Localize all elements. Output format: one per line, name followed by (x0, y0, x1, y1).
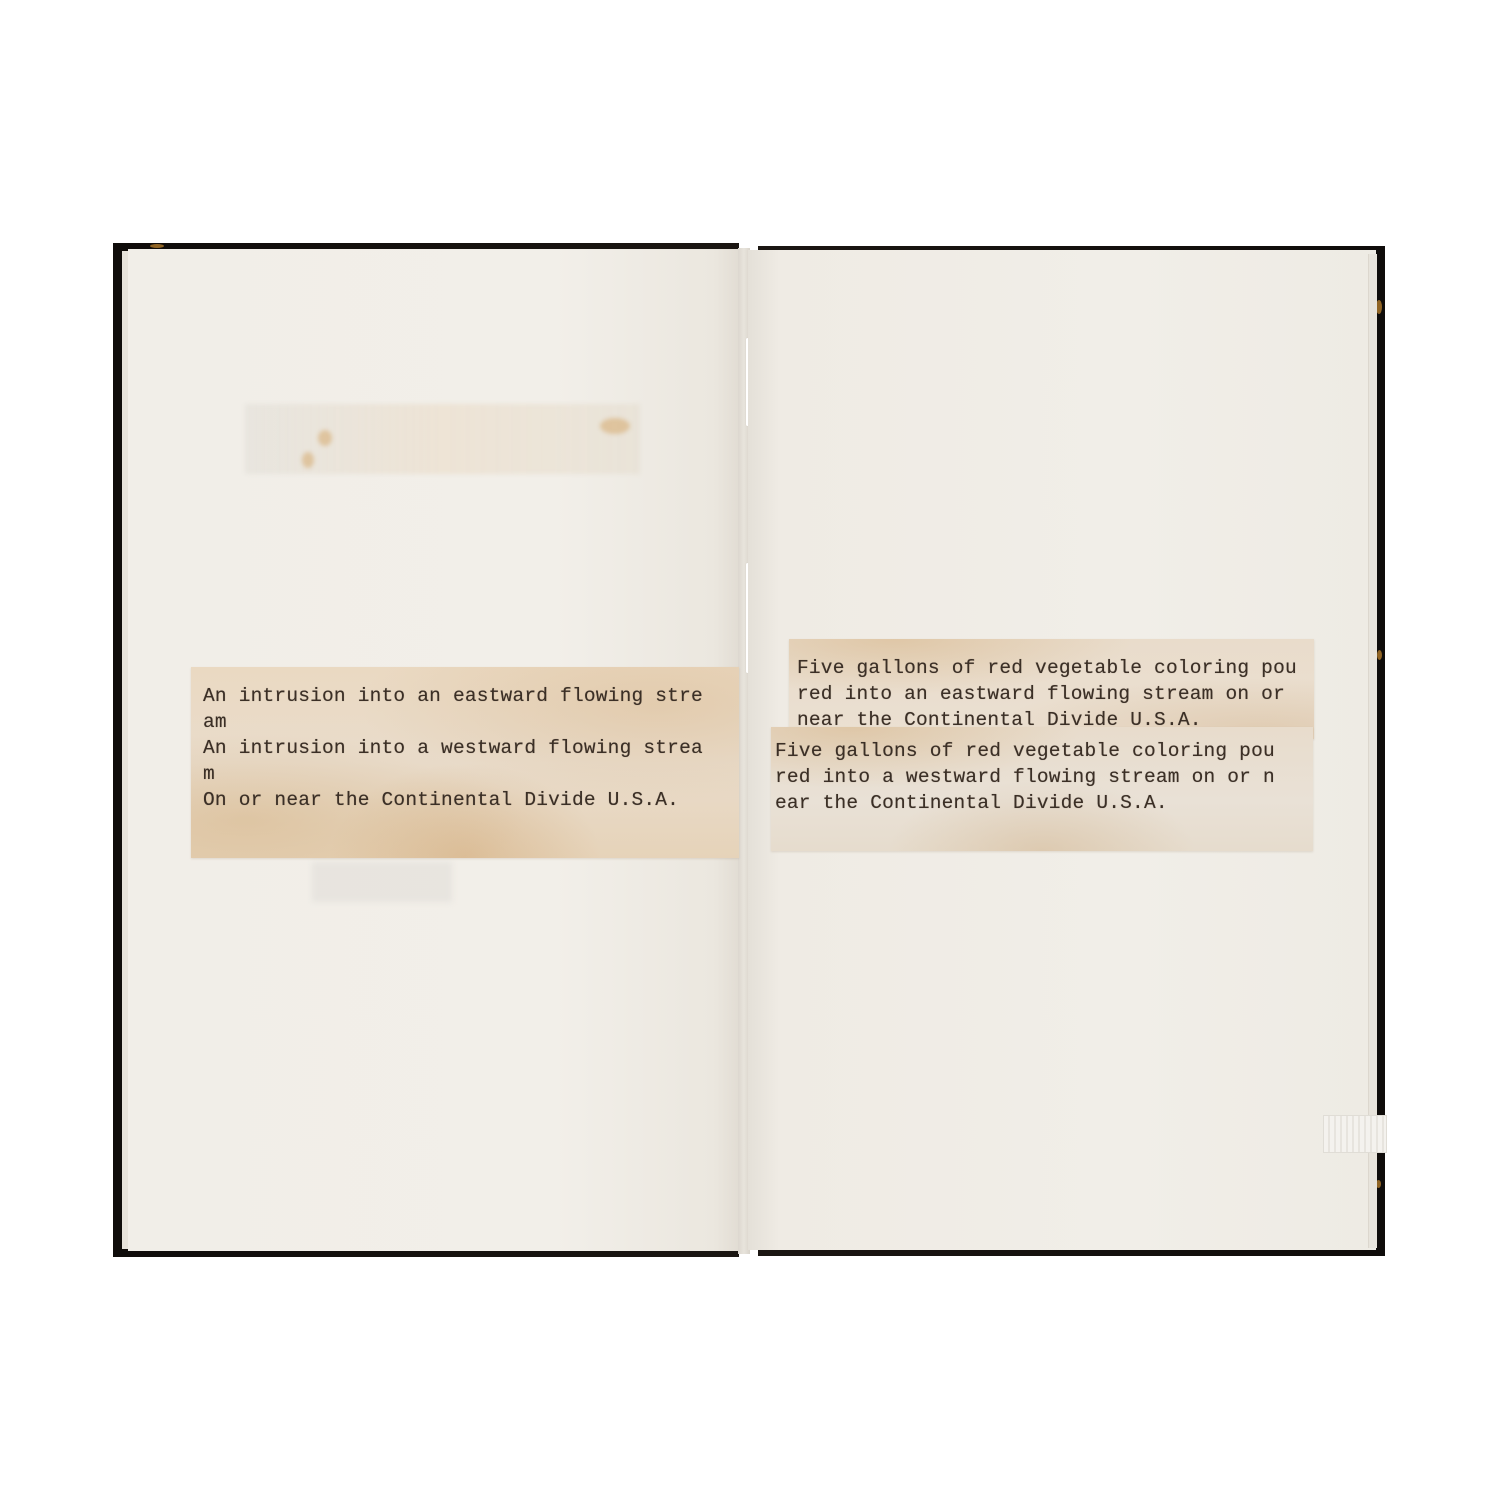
marbled-edge-detail (150, 244, 164, 248)
open-book: An intrusion into an eastward flowing st… (0, 0, 1500, 1500)
ribbon-bookmark (1323, 1115, 1387, 1153)
typed-text-left: An intrusion into an eastward flowing st… (203, 683, 703, 813)
typed-text-right-bottom: Five gallons of red vegetable coloring p… (775, 738, 1275, 816)
typed-line: m (203, 761, 703, 787)
right-page-stack-edge (1368, 254, 1377, 1248)
typed-line: Five gallons of red vegetable coloring p… (775, 738, 1275, 764)
typed-text-right-top: Five gallons of red vegetable coloring p… (797, 655, 1297, 733)
typed-line: red into an eastward flowing stream on o… (797, 681, 1297, 707)
typed-line: On or near the Continental Divide U.S.A. (203, 787, 703, 813)
typed-line: An intrusion into a westward flowing str… (203, 735, 703, 761)
show-through-ghost-mark (312, 862, 452, 902)
typed-line: ear the Continental Divide U.S.A. (775, 790, 1275, 816)
typed-line: Five gallons of red vegetable coloring p… (797, 655, 1297, 681)
typed-line: red into a westward flowing stream on or… (775, 764, 1275, 790)
marbled-edge-detail (1377, 650, 1382, 660)
typed-line: An intrusion into an eastward flowing st… (203, 683, 703, 709)
typed-line: am (203, 709, 703, 735)
stain-mark (600, 418, 630, 434)
stain-mark (318, 430, 332, 446)
stain-mark (302, 452, 314, 468)
